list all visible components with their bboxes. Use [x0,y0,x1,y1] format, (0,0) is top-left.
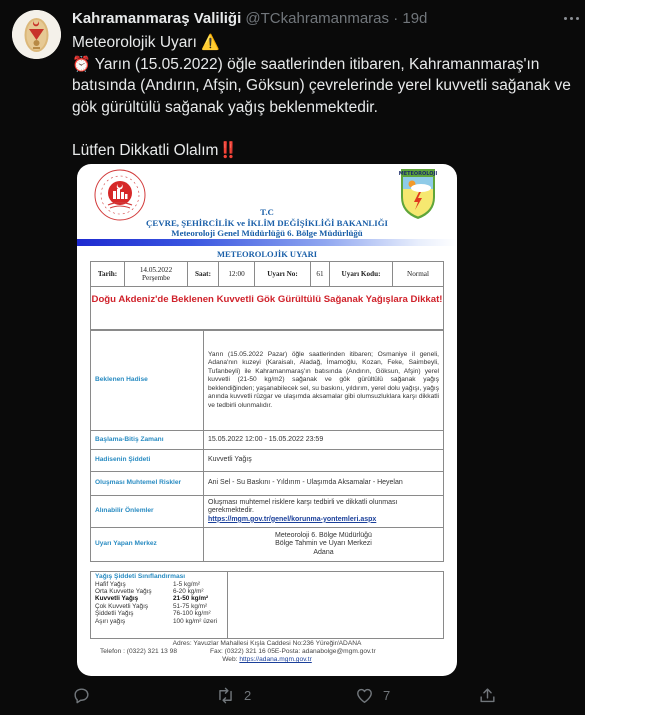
alarm-clock-icon: ⏰ [72,54,91,76]
classification-name: Hafif Yağış [95,581,173,588]
classification-empty-cell [228,572,444,639]
classification-name: Kuvvetli Yağış [95,595,173,602]
warning-meta-table: Tarih: 14.05.2022 Perşembe Saat: 12:00 U… [90,261,444,287]
double-exclamation-icon: ‼️ [218,142,235,159]
warning-code-label: Uyarı Kodu: [330,262,393,287]
footer-fax-email: Fax: (0322) 321 16 05E-Posta: adanabolge… [210,648,376,656]
table-row: Oluşması Muhtemel Riskler Ani Sel - Su B… [91,472,444,496]
detail-value: 15.05.2022 12:00 - 15.05.2022 23:59 [204,431,444,450]
document-subtitle: METEOROLOJİK UYARI [77,249,457,259]
tweet-text: Meteorolojik Uyarı ⚠️ ⏰ Yarın (15.05.202… [72,32,572,161]
tweet-header: Kahramanmaraş Valiliği @TCkahramanmaras … [72,9,427,29]
detail-value: Kuvvetli Yağış [204,450,444,472]
classification-name: Orta Kuvvette Yağış [95,588,173,595]
avatar[interactable] [12,10,61,59]
more-horizontal-icon [564,17,579,20]
detail-value: Meteoroloji 6. Bölge Müdürlüğü Bölge Tah… [204,528,444,562]
attached-image[interactable]: METEOROLOJI T.C ÇEVRE, ŞEHİRCİLİK ve İKL… [77,164,457,676]
governorship-emblem-icon [12,10,61,59]
warning-no-value: 61 [311,262,330,287]
classification-row: Orta Kuvvette Yağış6-20 kg/m² [95,588,223,595]
detail-value: Oluşması muhtemel risklere karşı tedbirl… [204,496,444,528]
share-button[interactable] [478,686,497,705]
classification-row: Aşırı yağış100 kg/m² üzeri [95,618,223,625]
reply-icon [72,686,91,705]
document-header-ministry: ÇEVRE, ŞEHİRCİLİK ve İKLİM DEĞİŞİKLİĞİ B… [77,218,457,229]
detail-key: Alınabilir Önlemler [91,496,204,528]
date-label: Tarih: [91,262,125,287]
footer-address: Adres: Yavuzlar Mahallesi Kışla Caddesi … [77,640,457,648]
classification-list: Yağış Şiddeti Sınıflandırması Hafif Yağı… [91,572,228,639]
precautions-link[interactable]: https://mgm.gov.tr/genel/korunma-yonteml… [208,516,376,523]
classification-row: Şiddetli Yağış76-100 kg/m² [95,610,223,617]
classification-row: Hafif Yağış1-5 kg/m² [95,581,223,588]
footer-phone: Telefon : (0322) 321 13 98 [100,648,210,656]
more-options-button[interactable] [561,13,581,23]
detail-value: Ani Sel - Su Baskını - Yıldırım - Ulaşım… [204,472,444,496]
header-divider [77,239,457,246]
tweet[interactable]: Kahramanmaraş Valiliği @TCkahramanmaras … [0,0,585,715]
tweet-line-3: Lütfen Dikkatli Olalım [72,142,218,159]
like-count: 7 [383,688,390,703]
classification-range: 100 kg/m² üzeri [173,618,217,625]
svg-text:METEOROLOJI: METEOROLOJI [399,171,437,177]
warning-icon: ⚠️ [201,32,220,54]
detail-key: Başlama-Bitiş Zamanı [91,431,204,450]
detail-value: Yarın (15.05.2022 Pazar) öğle saatlerind… [204,331,444,431]
classification-title: Yağış Şiddeti Sınıflandırması [95,573,223,581]
alert-title: Doğu Akdeniz'de Beklenen Kuvvetli Gök Gü… [90,287,444,330]
classification-row: Kuvvetli Yağış21-50 kg/m² [95,595,223,602]
share-icon [478,686,497,705]
tweet-line-1: Meteorolojik Uyarı [72,34,197,51]
precipitation-classification-table: Yağış Şiddeti Sınıflandırması Hafif Yağı… [90,571,444,639]
footer-web-link[interactable]: https://adana.mgm.gov.tr [239,656,311,663]
document-header-directorate: Meteoroloji Genel Müdürlüğü 6. Bölge Müd… [77,228,457,239]
table-row: Başlama-Bitiş Zamanı 15.05.2022 12:00 - … [91,431,444,450]
document-header: T.C ÇEVRE, ŞEHİRCİLİK ve İKLİM DEĞİŞİKLİ… [77,207,457,239]
separator: · [393,10,398,27]
warning-no-label: Uyarı No: [255,262,311,287]
retweet-count: 2 [244,688,251,703]
precautions-text: Oluşması muhtemel risklere karşı tedbirl… [208,499,439,516]
timestamp[interactable]: 19d [402,10,427,27]
classification-row: Çok Kuvvetli Yağış51-75 kg/m² [95,603,223,610]
table-row: Alınabilir Önlemler Oluşması muhtemel ri… [91,496,444,528]
warning-details-table: Beklenen Hadise Yarın (15.05.2022 Pazar)… [90,330,444,562]
document-footer: Adres: Yavuzlar Mahallesi Kışla Caddesi … [77,640,457,665]
detail-key: Oluşması Muhtemel Riskler [91,472,204,496]
table-row: Beklenen Hadise Yarın (15.05.2022 Pazar)… [91,331,444,431]
detail-key: Beklenen Hadise [91,331,204,431]
classification-range: 21-50 kg/m² [173,595,208,602]
table-row: Uyarı Yapan Merkez Meteoroloji 6. Bölge … [91,528,444,562]
time-value: 12:00 [219,262,255,287]
like-button[interactable]: 7 [355,686,390,705]
time-label: Saat: [188,262,219,287]
tweet-actions: 2 7 [72,686,502,710]
author-handle[interactable]: @TCkahramanmaras [245,10,389,27]
classification-range: 76-100 kg/m² [173,610,211,617]
retweet-button[interactable]: 2 [216,686,251,705]
tweet-line-2: Yarın (15.05.2022) öğle saatlerinden iti… [72,56,571,116]
detail-key: Hadisenin Şiddeti [91,450,204,472]
heart-icon [355,686,374,705]
classification-name: Çok Kuvvetli Yağış [95,603,173,610]
reply-button[interactable] [72,686,100,705]
footer-web-label: Web: [222,656,237,663]
date-value: 14.05.2022 Perşembe [125,262,188,287]
warning-code-value: Normal [393,262,444,287]
classification-range: 6-20 kg/m² [173,588,204,595]
classification-name: Aşırı yağış [95,618,173,625]
classification-name: Şiddetli Yağış [95,610,173,617]
document-header-tc: T.C [77,207,457,218]
classification-range: 1-5 kg/m² [173,581,200,588]
author-name[interactable]: Kahramanmaraş Valiliği [72,10,241,27]
table-row: Hadisenin Şiddeti Kuvvetli Yağış [91,450,444,472]
classification-range: 51-75 kg/m² [173,603,207,610]
retweet-icon [216,686,235,705]
detail-key: Uyarı Yapan Merkez [91,528,204,562]
